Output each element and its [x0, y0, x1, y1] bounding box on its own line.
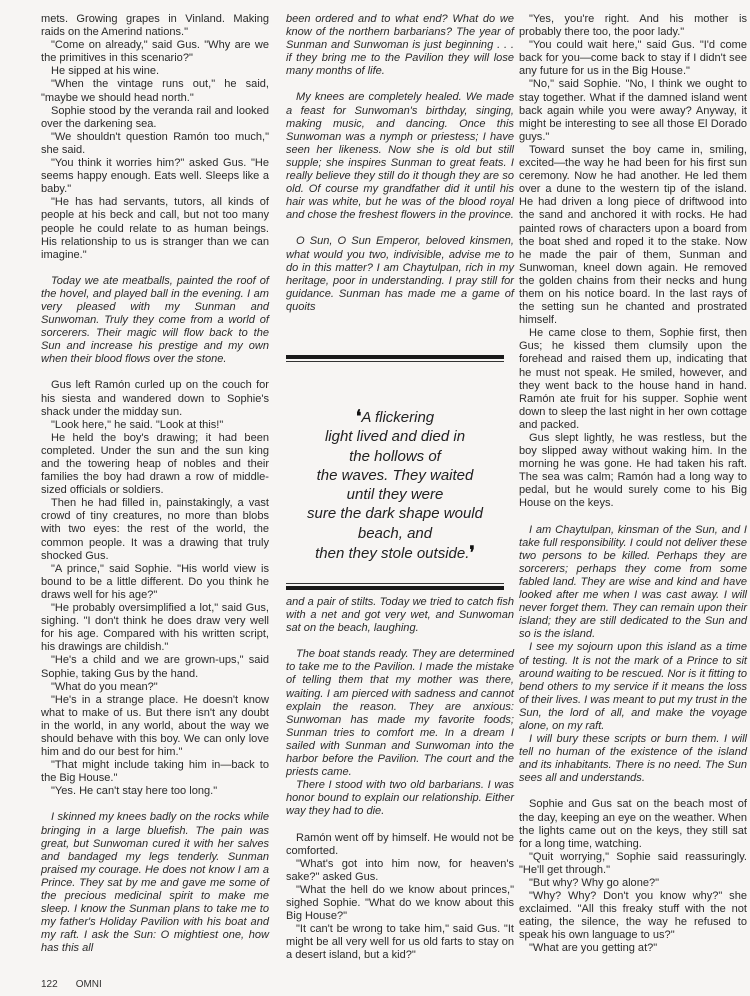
paragraph: "You think it worries him?" asked Gus. "…: [41, 157, 269, 196]
pull-quote-top-rule: [286, 355, 504, 359]
pull-quote-line: sure the dark shape would: [307, 505, 483, 522]
journal-paragraph: I am Chaytulpan, kinsman of the Sun, and…: [519, 524, 747, 642]
pull-quote: ❛A flickering light lived and died in th…: [286, 355, 506, 587]
paragraph: Gus slept lightly, he was restless, but …: [519, 432, 747, 511]
journal-paragraph: been ordered and to what end? What do we…: [286, 13, 514, 78]
paragraph: Gus left Ramón curled up on the couch fo…: [41, 379, 269, 418]
paragraph-gap: [41, 366, 269, 379]
paragraph: "He has had servants, tutors, all kinds …: [41, 196, 269, 261]
paragraph: He came close to them, Sophie first, the…: [519, 327, 747, 432]
paragraph: "No," said Sophie. "No, I think we ought…: [519, 78, 747, 143]
pull-quote-text: ❛A flickering light lived and died in th…: [286, 407, 504, 563]
pull-quote-top-hairline: [286, 361, 504, 362]
journal-paragraph: My knees are completely healed. We made …: [286, 91, 514, 222]
paragraph: "He's in a strange place. He doesn't kno…: [41, 694, 269, 759]
paragraph-gap: [41, 798, 269, 811]
paragraph: "We shouldn't question Ramón too much," …: [41, 131, 269, 157]
paragraph-gap: [519, 511, 747, 524]
paragraph: Then he had filled in, painstakingly, a …: [41, 497, 269, 562]
pull-quote-line: the waves. They waited: [317, 467, 474, 484]
paragraph: He held the boy's drawing; it had been c…: [41, 432, 269, 497]
paragraph: "Quit worrying," Sophie said reassuringl…: [519, 851, 747, 877]
paragraph: "He's a child and we are grown-ups," sai…: [41, 654, 269, 680]
journal-paragraph: O Sun, O Sun Emperor, beloved kinsmen, w…: [286, 235, 514, 314]
journal-paragraph: I will bury these scripts or burn them. …: [519, 733, 747, 785]
journal-paragraph: The boat stands ready. They are determin…: [286, 648, 514, 779]
paragraph: "What the hell do we know about princes,…: [286, 884, 514, 923]
pull-quote-line: light lived and died in: [325, 428, 465, 445]
paragraph: "Come on already," said Gus. "Why are we…: [41, 39, 269, 65]
paragraph-gap: [41, 262, 269, 275]
journal-paragraph: There I stood with two old barbarians. I…: [286, 779, 514, 818]
paragraph: "When the vintage runs out," he said, "m…: [41, 78, 269, 104]
paragraph: "Look here," he said. "Look at this!": [41, 419, 269, 432]
paragraph: "What's got into him now, for heaven's s…: [286, 858, 514, 884]
pull-quote-line: A flickering: [361, 409, 434, 426]
paragraph: Sophie stood by the veranda rail and loo…: [41, 105, 269, 131]
paragraph: "Yes. He can't stay here too long.": [41, 785, 269, 798]
paragraph: "You could wait here," said Gus. "I'd co…: [519, 39, 747, 78]
paragraph: Toward sunset the boy came in, smiling, …: [519, 144, 747, 327]
pull-quote-line: then they stole outside.: [315, 545, 469, 562]
paragraph: "A prince," said Sophie. "His world view…: [41, 563, 269, 602]
column-3: "Yes, you're right. And his mother is pr…: [519, 13, 747, 956]
paragraph-gap: [519, 785, 747, 798]
paragraph: "What do you mean?": [41, 681, 269, 694]
paragraph: "It can't be wrong to take him," said Gu…: [286, 923, 514, 962]
paragraph: "He probably oversimplified a lot," said…: [41, 602, 269, 654]
journal-paragraph: I see my sojourn upon this island as a t…: [519, 641, 747, 733]
paragraph-gap: [286, 78, 514, 91]
column-2-bottom: and a pair of stilts. Today we tried to …: [286, 596, 514, 962]
journal-paragraph: Today we ate meatballs, painted the roof…: [41, 275, 269, 367]
paragraph: "But why? Why go alone?": [519, 877, 747, 890]
column-1: mets. Growing grapes in Vinland. Making …: [41, 13, 269, 955]
paragraph: Sophie and Gus sat on the beach most of …: [519, 798, 747, 850]
paragraph: He sipped at his wine.: [41, 65, 269, 78]
paragraph: "That might include taking him in—back t…: [41, 759, 269, 785]
paragraph: Ramón went off by himself. He would not …: [286, 832, 514, 858]
paragraph: "What are you getting at?": [519, 942, 747, 955]
pull-quote-bottom-rule: [286, 586, 504, 590]
paragraph-gap: [286, 222, 514, 235]
paragraph-gap: [286, 635, 514, 648]
pull-quote-line: until they were: [347, 486, 444, 503]
folio: 122OMNI: [41, 979, 120, 990]
close-quote-mark-icon: ❜: [469, 543, 474, 562]
column-2-top: been ordered and to what end? What do we…: [286, 13, 514, 314]
pull-quote-line: beach, and: [358, 525, 432, 542]
page-number: 122: [41, 979, 58, 990]
pull-quote-line: the hollows of: [349, 448, 441, 465]
journal-paragraph: I skinned my knees badly on the rocks wh…: [41, 811, 269, 955]
pull-quote-bottom-hairline: [286, 583, 504, 584]
column-2: been ordered and to what end? What do we…: [286, 13, 514, 314]
paragraph: "Yes, you're right. And his mother is pr…: [519, 13, 747, 39]
paragraph-gap: [286, 819, 514, 832]
journal-paragraph: and a pair of stilts. Today we tried to …: [286, 596, 514, 635]
paragraph: "Why? Why? Don't you know why?" she excl…: [519, 890, 747, 942]
magazine-name: OMNI: [76, 979, 102, 990]
paragraph: mets. Growing grapes in Vinland. Making …: [41, 13, 269, 39]
